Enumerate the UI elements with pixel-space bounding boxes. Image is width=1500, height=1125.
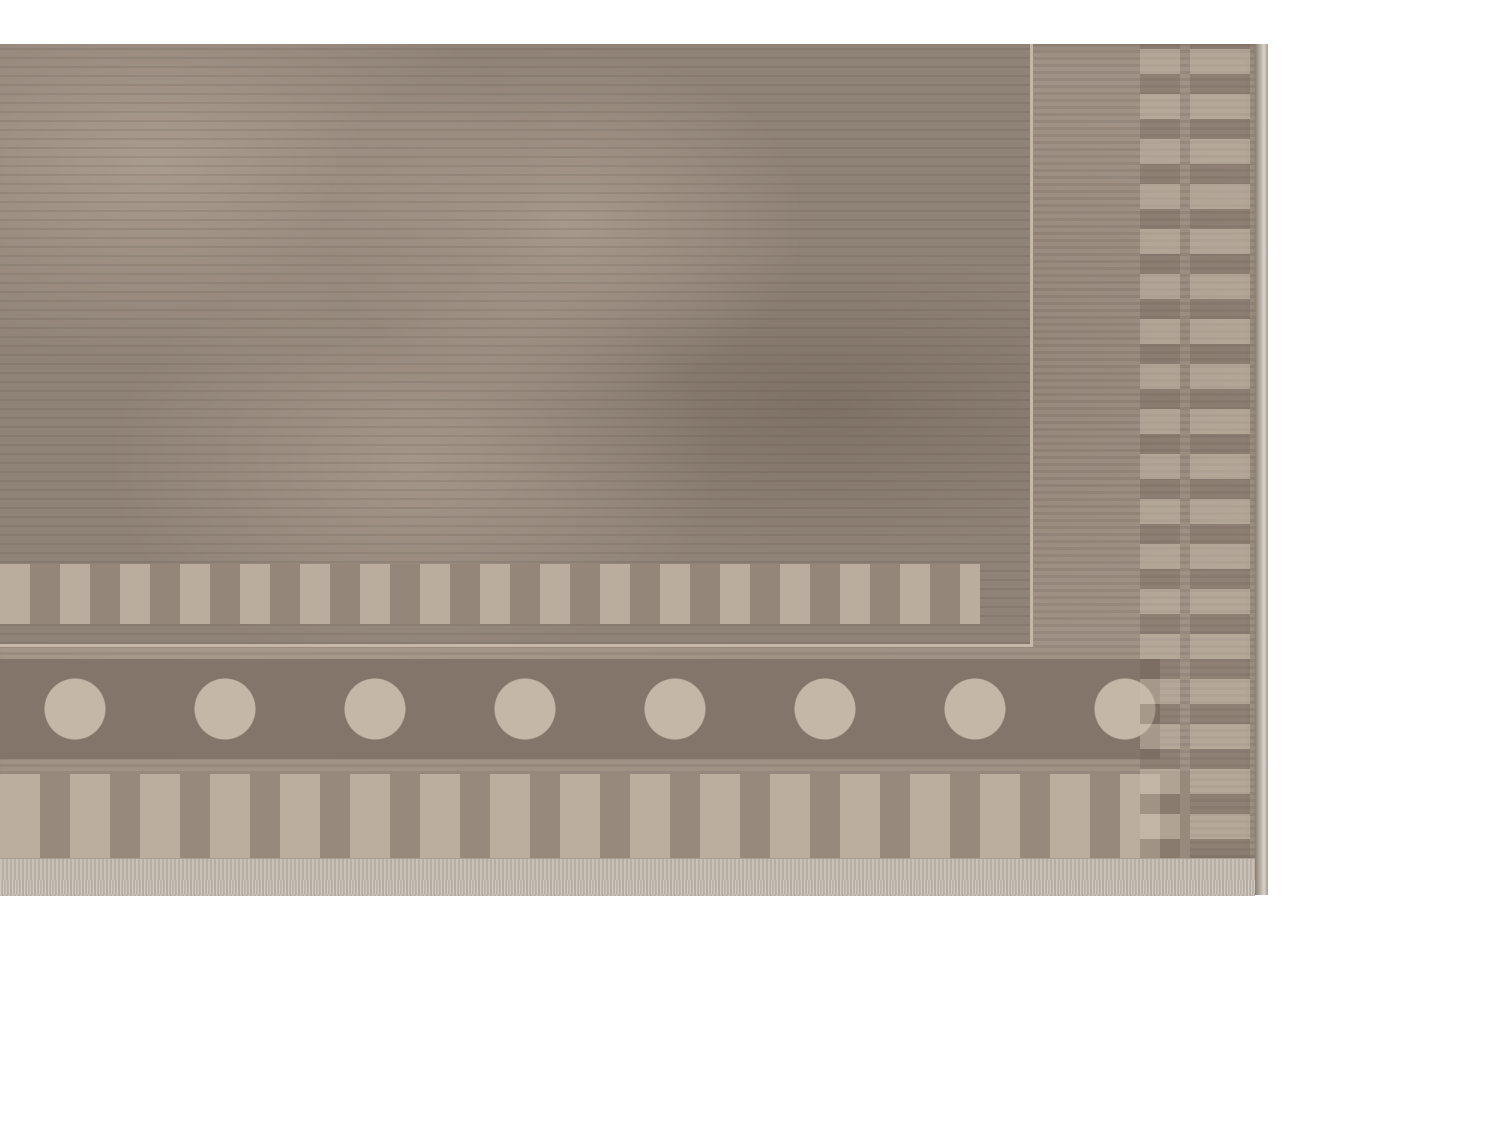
side-border-outer	[1190, 44, 1250, 884]
inner-border-band	[0, 564, 980, 624]
rosette-border-band	[0, 659, 1160, 759]
rug	[0, 44, 1268, 858]
rug-selvage-edge	[1255, 44, 1268, 895]
rug-field	[0, 44, 1033, 647]
side-border-inner	[1140, 44, 1180, 884]
rug-fringe-tips	[0, 880, 1255, 895]
